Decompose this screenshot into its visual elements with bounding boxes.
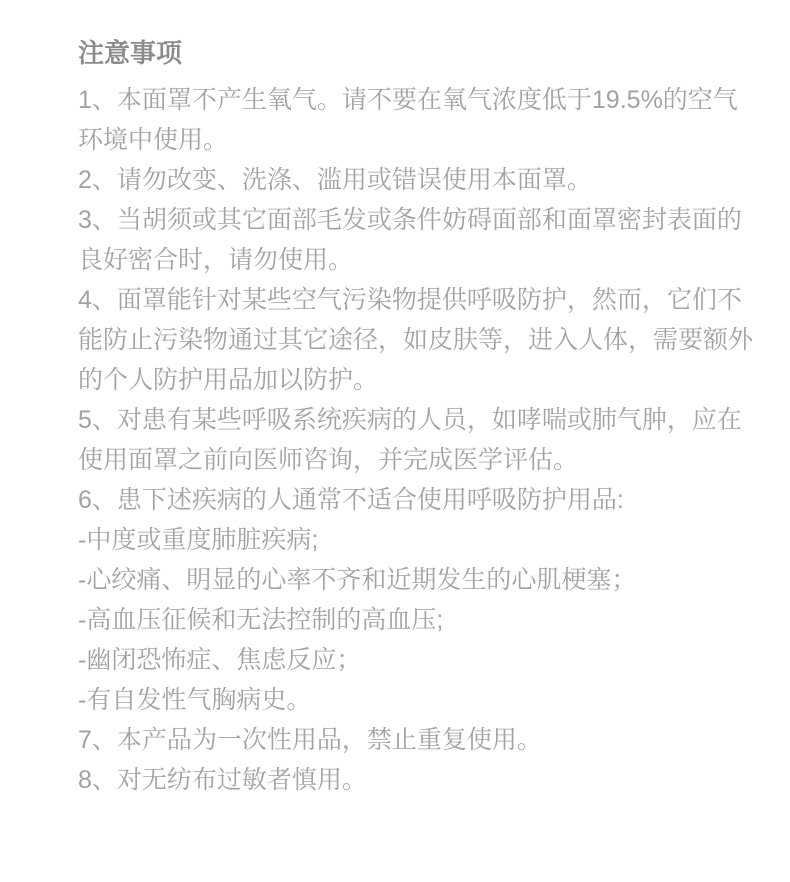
notice-line: 良好密合时，请勿使用。 [78, 240, 738, 280]
notice-line: -中度或重度肺脏疾病; [78, 520, 738, 560]
notice-line: -心绞痛、明显的心率不齐和近期发生的心肌梗塞； [78, 560, 738, 600]
notice-line: 4、面罩能针对某些空气污染物提供呼吸防护，然而，它们不 [78, 280, 738, 320]
notice-line: 的个人防护用品加以防护。 [78, 360, 738, 400]
notice-line: 使用面罩之前向医师咨询，并完成医学评估。 [78, 440, 738, 480]
notice-line: -有自发性气胸病史。 [78, 680, 738, 720]
notice-line: 7、本产品为一次性用品，禁止重复使用。 [78, 720, 738, 760]
precautions-page: 注意事项 1、本面罩不产生氧气。请不要在氧气浓度低于19.5%的空气环境中使用。… [0, 0, 790, 882]
notice-line: 8、对无纺布过敏者慎用。 [78, 760, 738, 800]
precautions-content: 注意事项 1、本面罩不产生氧气。请不要在氧气浓度低于19.5%的空气环境中使用。… [78, 36, 738, 800]
notice-line: 5、对患有某些呼吸系统疾病的人员，如哮喘或肺气肿，应在 [78, 400, 738, 440]
notice-line: 2、请勿改变、洗涤、滥用或错误使用本面罩。 [78, 160, 738, 200]
notice-line: 3、当胡须或其它面部毛发或条件妨碍面部和面罩密封表面的 [78, 200, 738, 240]
notice-line: -高血压征候和无法控制的高血压; [78, 600, 738, 640]
notice-line: 能防止污染物通过其它途径，如皮肤等，进入人体，需要额外 [78, 320, 738, 360]
notice-line: 6、患下述疾病的人通常不适合使用呼吸防护用品: [78, 480, 738, 520]
notice-line: -幽闭恐怖症、焦虑反应； [78, 640, 738, 680]
notice-line: 环境中使用。 [78, 120, 738, 160]
notice-list: 1、本面罩不产生氧气。请不要在氧气浓度低于19.5%的空气环境中使用。2、请勿改… [78, 80, 738, 800]
notice-line: 1、本面罩不产生氧气。请不要在氧气浓度低于19.5%的空气 [78, 80, 738, 120]
page-title: 注意事项 [78, 36, 738, 70]
